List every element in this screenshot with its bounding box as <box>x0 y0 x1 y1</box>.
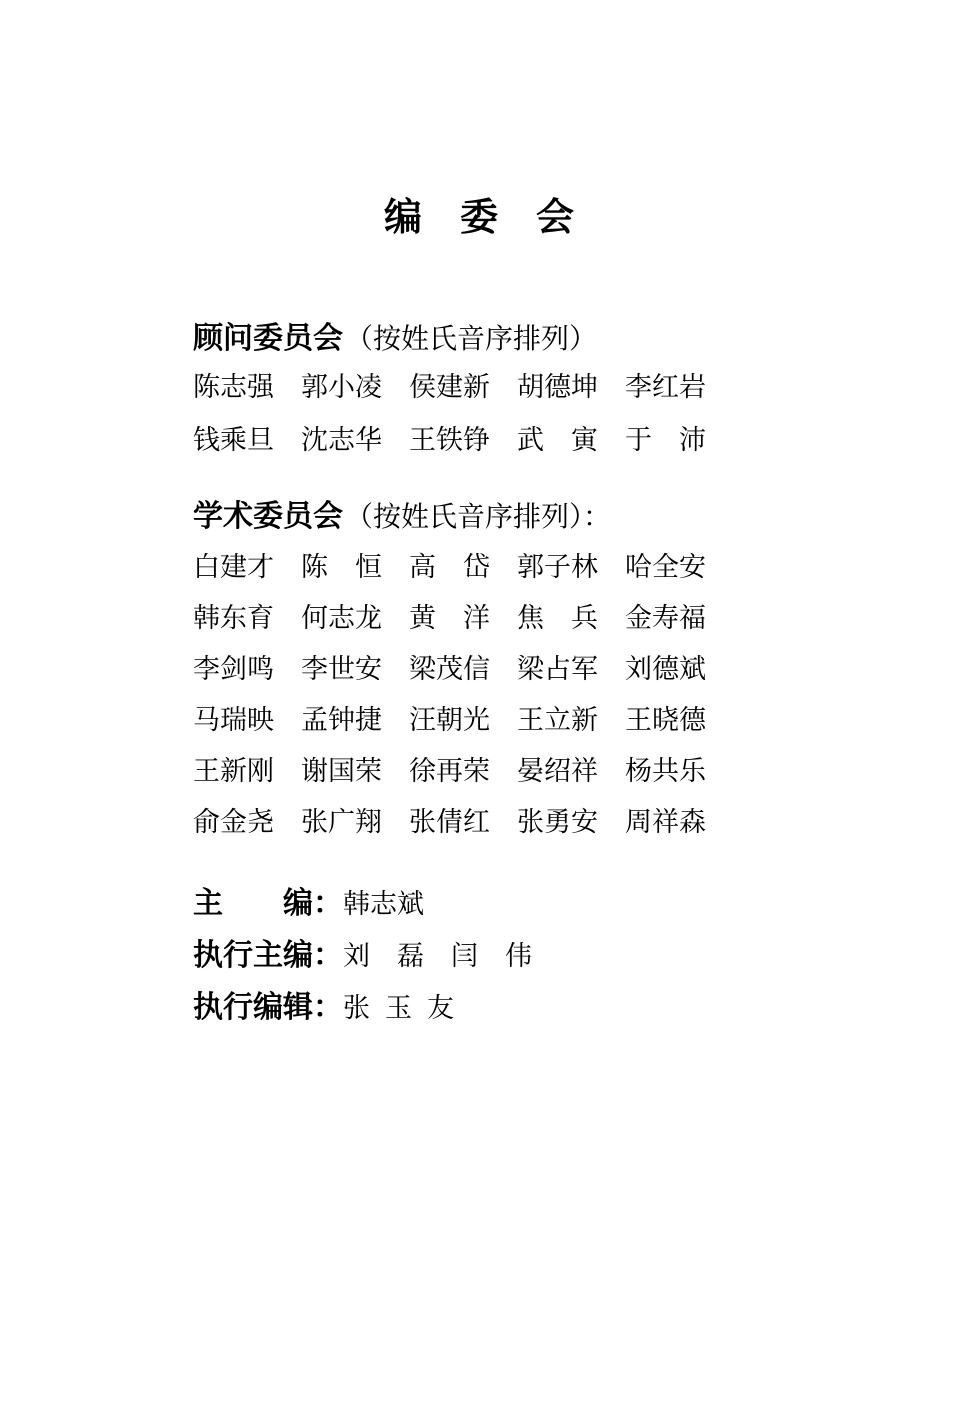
member-name: 于沛 <box>625 427 706 454</box>
member-name: 钱乘旦 <box>193 427 274 454</box>
member-name: 张倩红 <box>409 809 490 836</box>
member-row: 白建才陈恒高岱郭子林哈全安 <box>193 554 765 581</box>
member-row: 韩东育何志龙黄洋焦兵金寿福 <box>193 605 765 632</box>
member-name: 沈志华 <box>301 427 382 454</box>
member-name: 晏绍祥 <box>517 758 598 785</box>
page-title: 编 委 会 <box>193 196 765 238</box>
editor-name: 韩志斌 <box>343 889 424 921</box>
member-name-char: 岱 <box>463 554 490 581</box>
member-name-char: 武 <box>517 427 544 454</box>
editorial-board-page: 编 委 会 顾问委员会 （按姓氏音序排列） 陈志强郭小凌侯建新胡德坤李红岩钱乘旦… <box>0 0 958 1419</box>
academic-heading-line: 学术委员会 （按姓氏音序排列）： <box>193 500 765 534</box>
page-content: 编 委 会 顾问委员会 （按姓氏音序排列） 陈志强郭小凌侯建新胡德坤李红岩钱乘旦… <box>193 196 765 1025</box>
member-name: 李红岩 <box>625 374 706 401</box>
editor-name: 张玉友 <box>343 993 469 1025</box>
member-name-char: 于 <box>625 427 652 454</box>
member-name: 陈志强 <box>193 374 274 401</box>
member-name: 焦兵 <box>517 605 598 632</box>
member-name: 张广翔 <box>301 809 382 836</box>
member-name: 谢国荣 <box>301 758 382 785</box>
member-name: 杨共乐 <box>625 758 706 785</box>
advisory-committee-heading: 顾问委员会 <box>193 322 343 356</box>
member-row: 王新刚谢国荣徐再荣晏绍祥杨共乐 <box>193 758 765 785</box>
member-name: 韩东育 <box>193 605 274 632</box>
member-row: 陈志强郭小凌侯建新胡德坤李红岩 <box>193 374 765 401</box>
advisory-heading-line: 顾问委员会 （按姓氏音序排列） <box>193 322 765 356</box>
member-name: 武寅 <box>517 427 598 454</box>
member-name: 黄洋 <box>409 605 490 632</box>
member-name: 郭小凌 <box>301 374 382 401</box>
member-name: 胡德坤 <box>517 374 598 401</box>
member-name-char: 洋 <box>463 605 490 632</box>
member-name: 郭子林 <box>517 554 598 581</box>
member-name-char: 陈 <box>301 554 328 581</box>
advisory-member-grid: 陈志强郭小凌侯建新胡德坤李红岩钱乘旦沈志华王铁铮武寅于沛 <box>193 374 765 454</box>
advisory-committee-note: （按姓氏音序排列） <box>345 322 597 356</box>
member-name: 金寿福 <box>625 605 706 632</box>
member-row: 马瑞映孟钟捷汪朝光王立新王晓德 <box>193 707 765 734</box>
member-name: 李剑鸣 <box>193 656 274 683</box>
editor-role-label: 主 编： <box>193 888 343 920</box>
editor-line: 执行编辑：张玉友 <box>193 992 765 1025</box>
member-name: 何志龙 <box>301 605 382 632</box>
member-name-char: 兵 <box>571 605 598 632</box>
member-name: 王立新 <box>517 707 598 734</box>
editor-role-label: 执行编辑： <box>193 992 343 1024</box>
member-name: 马瑞映 <box>193 707 274 734</box>
member-name-char: 黄 <box>409 605 436 632</box>
member-row: 李剑鸣李世安梁茂信梁占军刘德斌 <box>193 656 765 683</box>
member-name-char: 高 <box>409 554 436 581</box>
member-name: 王新刚 <box>193 758 274 785</box>
member-row: 钱乘旦沈志华王铁铮武寅于沛 <box>193 427 765 454</box>
member-name: 陈恒 <box>301 554 382 581</box>
advisory-committee-section: 顾问委员会 （按姓氏音序排列） 陈志强郭小凌侯建新胡德坤李红岩钱乘旦沈志华王铁铮… <box>193 322 765 454</box>
member-name: 梁占军 <box>517 656 598 683</box>
member-name: 孟钟捷 <box>301 707 382 734</box>
member-name-char: 寅 <box>571 427 598 454</box>
member-name-char: 焦 <box>517 605 544 632</box>
member-name-char: 沛 <box>679 427 706 454</box>
editors-section: 主 编：韩志斌执行主编：刘 磊 闫 伟执行编辑：张玉友 <box>193 888 765 1025</box>
academic-member-grid: 白建才陈恒高岱郭子林哈全安韩东育何志龙黄洋焦兵金寿福李剑鸣李世安梁茂信梁占军刘德… <box>193 554 765 836</box>
editor-line: 主 编：韩志斌 <box>193 888 765 921</box>
member-name: 汪朝光 <box>409 707 490 734</box>
member-name: 高岱 <box>409 554 490 581</box>
member-name: 刘德斌 <box>625 656 706 683</box>
member-name: 王晓德 <box>625 707 706 734</box>
member-name: 徐再荣 <box>409 758 490 785</box>
member-name: 白建才 <box>193 554 274 581</box>
academic-committee-section: 学术委员会 （按姓氏音序排列）： 白建才陈恒高岱郭子林哈全安韩东育何志龙黄洋焦兵… <box>193 500 765 836</box>
member-row: 俞金尧张广翔张倩红张勇安周祥森 <box>193 809 765 836</box>
member-name: 哈全安 <box>625 554 706 581</box>
editor-name: 刘 磊 闫 伟 <box>343 941 532 973</box>
member-name: 侯建新 <box>409 374 490 401</box>
member-name: 梁茂信 <box>409 656 490 683</box>
member-name: 俞金尧 <box>193 809 274 836</box>
member-name-char: 恒 <box>355 554 382 581</box>
member-name: 王铁铮 <box>409 427 490 454</box>
member-name: 张勇安 <box>517 809 598 836</box>
member-name: 周祥森 <box>625 809 706 836</box>
member-name: 李世安 <box>301 656 382 683</box>
academic-committee-note: （按姓氏音序排列）： <box>345 500 611 534</box>
academic-committee-heading: 学术委员会 <box>193 500 343 534</box>
editor-role-label: 执行主编： <box>193 940 343 972</box>
editor-line: 执行主编：刘 磊 闫 伟 <box>193 940 765 973</box>
